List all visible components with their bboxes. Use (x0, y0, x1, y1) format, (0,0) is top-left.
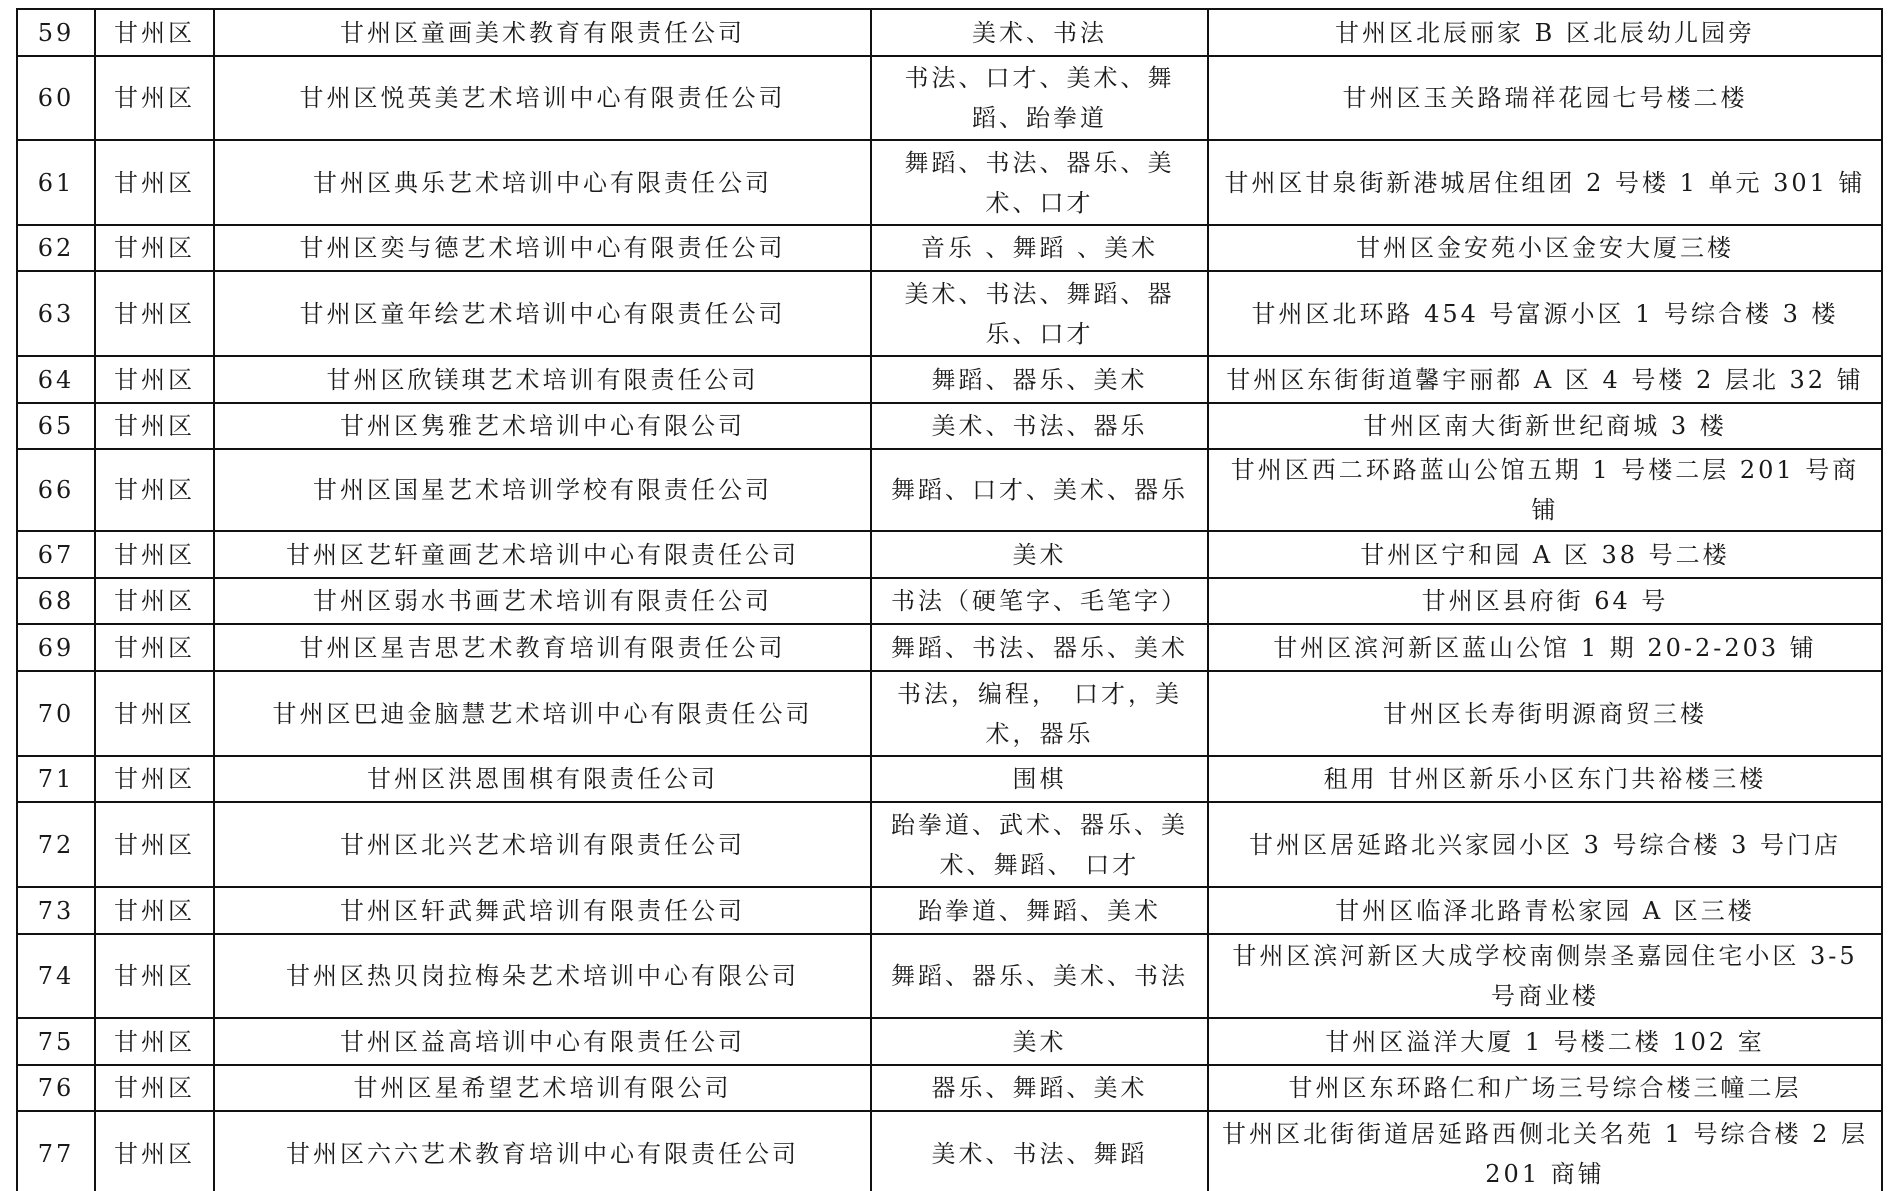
row-number: 73 (17, 887, 95, 934)
district-cell: 甘州区 (95, 56, 214, 140)
row-number: 61 (17, 140, 95, 225)
district-cell: 甘州区 (95, 934, 214, 1018)
table-row: 67甘州区甘州区艺轩童画艺术培训中心有限责任公司美术甘州区宁和园 A 区 38 … (17, 531, 1882, 578)
table-row: 74甘州区甘州区热贝岗拉梅朵艺术培训中心有限公司舞蹈、器乐、美术、书法甘州区滨河… (17, 934, 1882, 1018)
institution-name-cell: 甘州区星希望艺术培训有限公司 (214, 1065, 871, 1111)
row-number: 69 (17, 624, 95, 671)
address-cell: 甘州区甘泉街新港城居住组团 2 号楼 1 单元 301 铺 (1208, 140, 1882, 225)
institution-name-cell: 甘州区益高培训中心有限责任公司 (214, 1018, 871, 1065)
district-cell: 甘州区 (95, 403, 214, 449)
subjects-cell: 舞蹈、书法、器乐、美术 (871, 624, 1208, 671)
table-row: 66甘州区甘州区国星艺术培训学校有限责任公司舞蹈、口才、美术、器乐甘州区西二环路… (17, 449, 1882, 531)
district-cell: 甘州区 (95, 1018, 214, 1065)
institution-name-cell: 甘州区六六艺术教育培训中心有限责任公司 (214, 1111, 871, 1191)
institution-name-cell: 甘州区洪恩围棋有限责任公司 (214, 756, 871, 802)
table-row: 76甘州区甘州区星希望艺术培训有限公司器乐、舞蹈、美术甘州区东环路仁和广场三号综… (17, 1065, 1882, 1111)
subjects-cell: 跆拳道、舞蹈、美术 (871, 887, 1208, 934)
table-row: 69甘州区甘州区星吉思艺术教育培训有限责任公司舞蹈、书法、器乐、美术甘州区滨河新… (17, 624, 1882, 671)
address-cell: 甘州区滨河新区大成学校南侧崇圣嘉园住宅小区 3-5 号商业楼 (1208, 934, 1882, 1018)
subjects-cell: 美术 (871, 531, 1208, 578)
table-row: 61甘州区甘州区典乐艺术培训中心有限责任公司舞蹈、书法、器乐、美术、口才甘州区甘… (17, 140, 1882, 225)
district-cell: 甘州区 (95, 140, 214, 225)
table-row: 77甘州区甘州区六六艺术教育培训中心有限责任公司美术、书法、舞蹈甘州区北街街道居… (17, 1111, 1882, 1191)
address-cell: 甘州区金安苑小区金安大厦三楼 (1208, 225, 1882, 271)
address-cell: 甘州区北街街道居延路西侧北关名苑 1 号综合楼 2 层 201 商铺 (1208, 1111, 1882, 1191)
subjects-cell: 美术、书法、舞蹈 (871, 1111, 1208, 1191)
subjects-cell: 美术、书法 (871, 9, 1208, 56)
district-cell: 甘州区 (95, 624, 214, 671)
subjects-cell: 舞蹈、书法、器乐、美术、口才 (871, 140, 1208, 225)
address-cell: 甘州区溢洋大厦 1 号楼二楼 102 室 (1208, 1018, 1882, 1065)
row-number: 70 (17, 671, 95, 756)
table-row: 64甘州区甘州区欣镁琪艺术培训有限责任公司舞蹈、器乐、美术甘州区东街街道馨宇丽都… (17, 356, 1882, 403)
subjects-cell: 音乐 、舞蹈 、美术 (871, 225, 1208, 271)
district-cell: 甘州区 (95, 1111, 214, 1191)
subjects-cell: 美术、书法、舞蹈、器乐、口才 (871, 271, 1208, 356)
table-row: 68甘州区甘州区弱水书画艺术培训有限责任公司书法（硬笔字、毛笔字）甘州区县府街 … (17, 578, 1882, 624)
address-cell: 甘州区县府街 64 号 (1208, 578, 1882, 624)
table-row: 62甘州区甘州区奕与德艺术培训中心有限责任公司音乐 、舞蹈 、美术甘州区金安苑小… (17, 225, 1882, 271)
subjects-cell: 围棋 (871, 756, 1208, 802)
district-cell: 甘州区 (95, 225, 214, 271)
institution-name-cell: 甘州区童年绘艺术培训中心有限责任公司 (214, 271, 871, 356)
district-cell: 甘州区 (95, 9, 214, 56)
table-row: 65甘州区甘州区隽雅艺术培训中心有限公司美术、书法、器乐甘州区南大街新世纪商城 … (17, 403, 1882, 449)
institution-name-cell: 甘州区星吉思艺术教育培训有限责任公司 (214, 624, 871, 671)
address-cell: 甘州区东环路仁和广场三号综合楼三幢二层 (1208, 1065, 1882, 1111)
subjects-cell: 美术、书法、器乐 (871, 403, 1208, 449)
row-number: 76 (17, 1065, 95, 1111)
row-number: 75 (17, 1018, 95, 1065)
institution-name-cell: 甘州区童画美术教育有限责任公司 (214, 9, 871, 56)
institution-name-cell: 甘州区北兴艺术培训有限责任公司 (214, 802, 871, 887)
district-cell: 甘州区 (95, 756, 214, 802)
subjects-cell: 跆拳道、武术、器乐、美术、舞蹈、 口才 (871, 802, 1208, 887)
row-number: 59 (17, 9, 95, 56)
table-row: 72甘州区甘州区北兴艺术培训有限责任公司跆拳道、武术、器乐、美术、舞蹈、 口才甘… (17, 802, 1882, 887)
district-cell: 甘州区 (95, 802, 214, 887)
address-cell: 甘州区玉关路瑞祥花园七号楼二楼 (1208, 56, 1882, 140)
table-row: 70甘州区甘州区巴迪金脑慧艺术培训中心有限责任公司书法，编程， 口才，美术，器乐… (17, 671, 1882, 756)
row-number: 72 (17, 802, 95, 887)
address-cell: 甘州区北辰丽家 B 区北辰幼儿园旁 (1208, 9, 1882, 56)
row-number: 68 (17, 578, 95, 624)
district-cell: 甘州区 (95, 578, 214, 624)
institution-name-cell: 甘州区国星艺术培训学校有限责任公司 (214, 449, 871, 531)
institution-name-cell: 甘州区欣镁琪艺术培训有限责任公司 (214, 356, 871, 403)
district-cell: 甘州区 (95, 671, 214, 756)
subjects-cell: 书法、口才、美术、舞蹈、跆拳道 (871, 56, 1208, 140)
row-number: 64 (17, 356, 95, 403)
institution-name-cell: 甘州区典乐艺术培训中心有限责任公司 (214, 140, 871, 225)
table-row: 73甘州区甘州区轩武舞武培训有限责任公司跆拳道、舞蹈、美术甘州区临泽北路青松家园… (17, 887, 1882, 934)
table-row: 71甘州区甘州区洪恩围棋有限责任公司围棋租用 甘州区新乐小区东门共裕楼三楼 (17, 756, 1882, 802)
table-row: 60甘州区甘州区悦英美艺术培训中心有限责任公司书法、口才、美术、舞蹈、跆拳道甘州… (17, 56, 1882, 140)
institution-name-cell: 甘州区轩武舞武培训有限责任公司 (214, 887, 871, 934)
row-number: 62 (17, 225, 95, 271)
row-number: 60 (17, 56, 95, 140)
subjects-cell: 舞蹈、器乐、美术 (871, 356, 1208, 403)
subjects-cell: 美术 (871, 1018, 1208, 1065)
district-cell: 甘州区 (95, 449, 214, 531)
district-cell: 甘州区 (95, 531, 214, 578)
institution-name-cell: 甘州区隽雅艺术培训中心有限公司 (214, 403, 871, 449)
address-cell: 甘州区滨河新区蓝山公馆 1 期 20-2-203 铺 (1208, 624, 1882, 671)
address-cell: 甘州区西二环路蓝山公馆五期 1 号楼二层 201 号商铺 (1208, 449, 1882, 531)
table-row: 59甘州区甘州区童画美术教育有限责任公司美术、书法甘州区北辰丽家 B 区北辰幼儿… (17, 9, 1882, 56)
district-cell: 甘州区 (95, 1065, 214, 1111)
institution-name-cell: 甘州区热贝岗拉梅朵艺术培训中心有限公司 (214, 934, 871, 1018)
institution-name-cell: 甘州区悦英美艺术培训中心有限责任公司 (214, 56, 871, 140)
row-number: 71 (17, 756, 95, 802)
row-number: 65 (17, 403, 95, 449)
address-cell: 甘州区南大街新世纪商城 3 楼 (1208, 403, 1882, 449)
address-cell: 甘州区北环路 454 号富源小区 1 号综合楼 3 楼 (1208, 271, 1882, 356)
institution-name-cell: 甘州区弱水书画艺术培训有限责任公司 (214, 578, 871, 624)
address-cell: 甘州区长寿街明源商贸三楼 (1208, 671, 1882, 756)
address-cell: 甘州区东街街道馨宇丽都 A 区 4 号楼 2 层北 32 铺 (1208, 356, 1882, 403)
institution-table: 59甘州区甘州区童画美术教育有限责任公司美术、书法甘州区北辰丽家 B 区北辰幼儿… (16, 8, 1883, 1191)
row-number: 66 (17, 449, 95, 531)
institution-name-cell: 甘州区艺轩童画艺术培训中心有限责任公司 (214, 531, 871, 578)
row-number: 77 (17, 1111, 95, 1191)
subjects-cell: 舞蹈、器乐、美术、书法 (871, 934, 1208, 1018)
row-number: 67 (17, 531, 95, 578)
table-row: 75甘州区甘州区益高培训中心有限责任公司美术甘州区溢洋大厦 1 号楼二楼 102… (17, 1018, 1882, 1065)
subjects-cell: 书法，编程， 口才，美术，器乐 (871, 671, 1208, 756)
row-number: 63 (17, 271, 95, 356)
subjects-cell: 舞蹈、口才、美术、器乐 (871, 449, 1208, 531)
address-cell: 甘州区居延路北兴家园小区 3 号综合楼 3 号门店 (1208, 802, 1882, 887)
district-cell: 甘州区 (95, 887, 214, 934)
district-cell: 甘州区 (95, 356, 214, 403)
district-cell: 甘州区 (95, 271, 214, 356)
table-row: 63甘州区甘州区童年绘艺术培训中心有限责任公司美术、书法、舞蹈、器乐、口才甘州区… (17, 271, 1882, 356)
table-body: 59甘州区甘州区童画美术教育有限责任公司美术、书法甘州区北辰丽家 B 区北辰幼儿… (17, 9, 1882, 1191)
institution-name-cell: 甘州区奕与德艺术培训中心有限责任公司 (214, 225, 871, 271)
institution-name-cell: 甘州区巴迪金脑慧艺术培训中心有限责任公司 (214, 671, 871, 756)
address-cell: 甘州区临泽北路青松家园 A 区三楼 (1208, 887, 1882, 934)
subjects-cell: 书法（硬笔字、毛笔字） (871, 578, 1208, 624)
address-cell: 租用 甘州区新乐小区东门共裕楼三楼 (1208, 756, 1882, 802)
address-cell: 甘州区宁和园 A 区 38 号二楼 (1208, 531, 1882, 578)
subjects-cell: 器乐、舞蹈、美术 (871, 1065, 1208, 1111)
row-number: 74 (17, 934, 95, 1018)
